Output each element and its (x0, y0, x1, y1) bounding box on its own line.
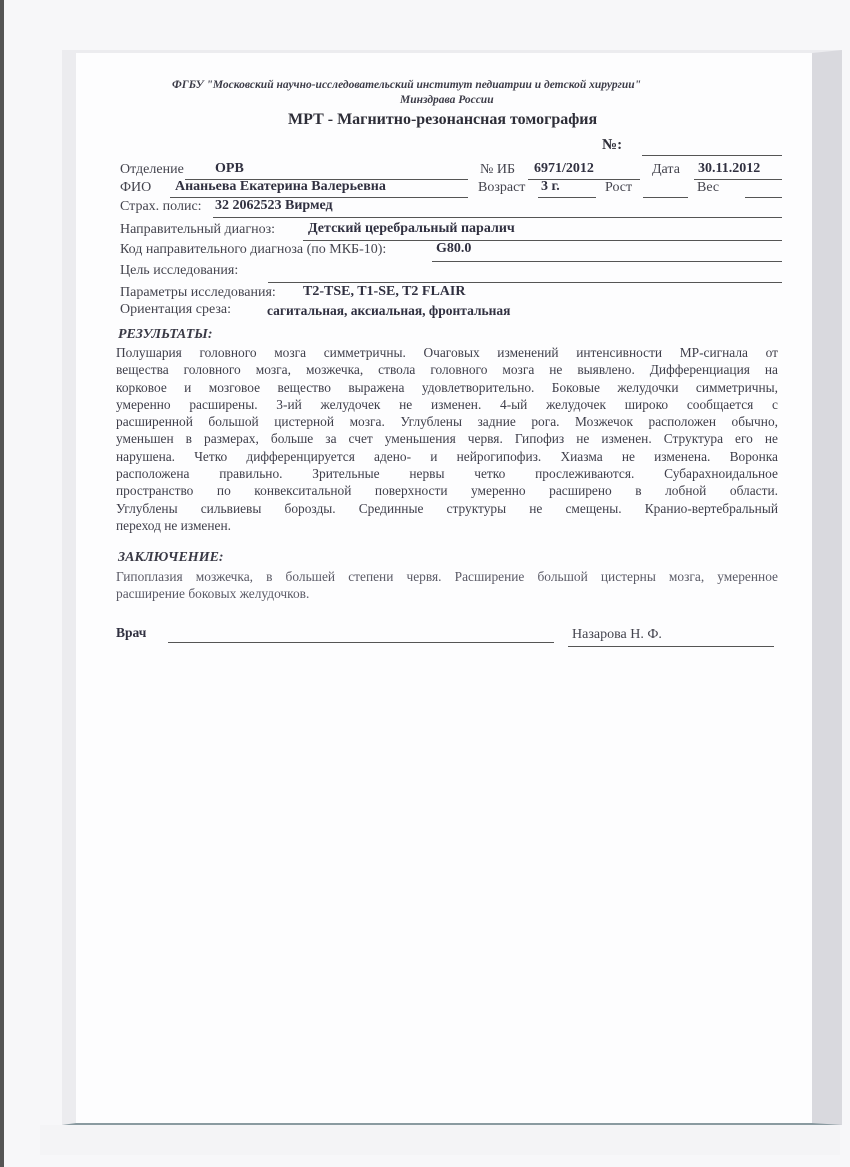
purpose-label: Цель исследования: (120, 263, 238, 279)
date-label: Дата (652, 162, 680, 178)
results-text: Полушария головного мозга симметричны. О… (116, 344, 778, 534)
name-value: Ананьева Екатерина Валерьевна (175, 179, 386, 195)
doctor-name: Назарова Н. Ф. (572, 627, 662, 643)
conclusion-line: Гипоплазия мозжечка, в большей степени ч… (116, 568, 778, 585)
report-number-label: №: (602, 137, 622, 154)
department-value: ОРВ (215, 161, 244, 177)
age-value: 3 г. (541, 179, 560, 195)
conclusion-heading: ЗАКЛЮЧЕНИЕ: (118, 550, 224, 566)
results-line: нарушена. Четко дифференцируется адено- … (116, 448, 778, 465)
referral-diagnosis-value: Детский церебральный паралич (308, 221, 515, 237)
purpose-line (268, 282, 782, 283)
report-number-line (642, 155, 782, 156)
conclusion-text: Гипоплазия мозжечка, в большей степени ч… (116, 568, 778, 603)
params-value: T2-TSE, T1-SE, T2 FLAIR (303, 284, 465, 300)
orientation-value: сагитальная, аксиальная, фронтальная (267, 303, 511, 319)
referral-diagnosis-label: Направительный диагноз: (120, 222, 275, 238)
icd-code-value: G80.0 (436, 241, 471, 257)
conclusion-line: расширение боковых желудочков. (116, 585, 778, 602)
mri-report-document: ФГБУ "Московский научно-исследовательски… (0, 0, 850, 1167)
weight-label: Вес (697, 180, 719, 196)
institution-name: ФГБУ "Московский научно-исследовательски… (172, 79, 641, 91)
results-line: корковое и мозговое вещество выражена уд… (116, 379, 778, 396)
results-line: уменьшен в размерах, больше за счет умен… (116, 430, 778, 447)
policy-label: Страх. полис: (120, 199, 202, 215)
doctor-label: Врач (116, 625, 146, 641)
age-label: Возраст (478, 180, 525, 196)
results-line: Углублены сильвиевы борозды. Срединные с… (116, 500, 778, 517)
ib-value: 6971/2012 (534, 161, 594, 177)
results-line: переход не изменен. (116, 517, 778, 534)
referral-diagnosis-line (303, 240, 782, 241)
institution-ministry: Минздрава России (400, 94, 494, 106)
results-line: расширенной большой цистерной мозга. Угл… (116, 413, 778, 430)
results-line: Полушария головного мозга симметричны. О… (116, 344, 778, 361)
doctor-name-line (568, 646, 774, 647)
results-line: умеренно расширены. 3-ий желудочек не из… (116, 396, 778, 413)
height-label: Рост (605, 180, 632, 196)
results-heading: РЕЗУЛЬТАТЫ: (118, 327, 213, 343)
signature-line (168, 642, 554, 643)
icd-code-line (432, 261, 782, 262)
date-value: 30.11.2012 (698, 161, 760, 177)
page-title: МРТ - Магнитно-резонансная томография (288, 111, 597, 129)
orientation-label: Ориентация среза: (120, 302, 231, 318)
name-label: ФИО (120, 180, 151, 196)
age-line (538, 197, 596, 198)
policy-line (213, 217, 782, 218)
weight-line (745, 197, 782, 198)
icd-code-label: Код направительного диагноза (по МКБ-10)… (120, 242, 386, 258)
results-line: пространство по конвекситальной поверхно… (116, 482, 778, 499)
policy-value: 32 2062523 Вирмед (215, 198, 333, 214)
results-line: расположена правильно. Зрительные нервы … (116, 465, 778, 482)
params-label: Параметры исследования: (120, 285, 276, 301)
results-line: вещества головного мозга, мозжечка, ство… (116, 361, 778, 378)
department-label: Отделение (120, 162, 184, 178)
height-line (643, 197, 688, 198)
ib-label: № ИБ (480, 162, 515, 178)
